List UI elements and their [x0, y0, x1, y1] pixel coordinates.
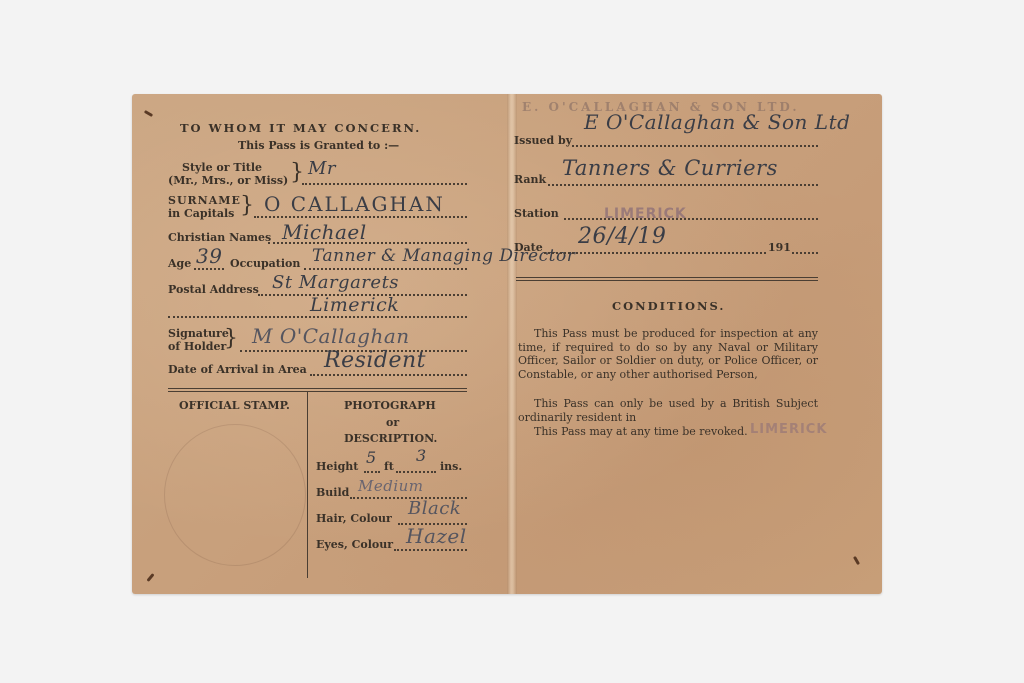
hair-value: Black [408, 498, 461, 519]
station-stamp: LIMERICK [604, 206, 687, 222]
issued-by-value: E O'Callaghan & Son Ltd [584, 110, 850, 134]
height-in-value: 3 [416, 446, 427, 465]
brace: } [290, 160, 304, 185]
christian-names-label: Christian Names [168, 231, 271, 244]
station-label: Station [514, 207, 559, 220]
separator-line [168, 391, 467, 392]
separator-line [516, 277, 818, 278]
photo-heading-or: or [386, 416, 399, 429]
date-label: Date [514, 241, 543, 254]
style-title-line [302, 183, 467, 185]
rank-line [548, 184, 818, 186]
rank-value: Tanners & Curriers [562, 156, 778, 180]
pin-mark [853, 556, 860, 565]
separator-line [168, 388, 467, 389]
rank-label: Rank [514, 173, 546, 186]
surname-label: SURNAME [168, 195, 241, 207]
station-line [564, 218, 818, 220]
pin-mark [146, 573, 154, 582]
occupation-line [304, 268, 467, 270]
occupation-label: Occupation [230, 257, 300, 270]
arrival-label: Date of Arrival in Area [168, 363, 307, 376]
hair-label: Hair, Colour [316, 512, 392, 525]
style-title-value: Mr [308, 158, 336, 179]
eyes-line [394, 549, 467, 551]
age-label: Age [168, 257, 191, 270]
postal-address-label: Postal Address [168, 283, 259, 296]
height-ft-value: 5 [366, 448, 377, 467]
year-line [792, 252, 818, 254]
surname-line [254, 216, 467, 218]
year-prefix: 191 [768, 241, 791, 254]
postal-address-line-2 [168, 316, 467, 318]
condition-2: This Pass can only be used by a British … [518, 397, 818, 424]
height-label: Height [316, 460, 358, 473]
issued-by-label: Issued by [514, 134, 572, 147]
description-heading: DESCRIPTION. [344, 432, 437, 445]
style-title-label: Style or Title [182, 162, 262, 174]
date-line [544, 252, 766, 254]
age-value: 39 [196, 244, 222, 268]
christian-names-value: Michael [282, 220, 367, 244]
official-stamp-label: OFFICIAL STAMP. [179, 399, 290, 412]
issued-by-line [572, 145, 818, 147]
separator-line [516, 280, 818, 281]
photo-heading: PHOTOGRAPH [344, 399, 436, 412]
brace: } [240, 193, 254, 218]
brace: } [224, 326, 238, 351]
surname-sublabel: in Capitals [168, 208, 234, 220]
build-value: Medium [358, 477, 424, 495]
heading: TO WHOM IT MAY CONCERN. [180, 121, 421, 135]
pass-card: TO WHOM IT MAY CONCERN. This Pass is Gra… [132, 94, 882, 594]
style-title-sublabel: (Mr., Mrs., or Miss) [168, 175, 288, 187]
subheading: This Pass is Granted to :— [238, 139, 399, 152]
eyes-label: Eyes, Colour [316, 538, 393, 551]
signature-label: Signature [168, 328, 229, 340]
date-value: 26/4/19 [578, 224, 666, 249]
condition-1: This Pass must be produced for inspectio… [518, 327, 818, 381]
conditions-stamp: LIMERICK [750, 422, 827, 437]
ft-label: ft [384, 460, 394, 473]
eyes-value: Hazel [406, 524, 467, 548]
height-ft-line [364, 471, 380, 473]
arrival-line [310, 374, 467, 376]
faded-stamp-circle [164, 424, 306, 566]
center-fold [507, 94, 517, 594]
age-line [194, 268, 224, 270]
column-divider [307, 392, 308, 578]
arrival-value: Resident [324, 348, 426, 373]
height-in-line [396, 471, 436, 473]
conditions-heading: CONDITIONS. [612, 299, 725, 313]
build-label: Build [316, 486, 349, 499]
signature-value: M O'Callaghan [252, 324, 410, 348]
postal-address-value-2: Limerick [310, 294, 399, 316]
surname-value: O CALLAGHAN [264, 192, 445, 216]
signature-sublabel: of Holder [168, 341, 226, 353]
pin-mark [144, 110, 153, 117]
postal-address-value-1: St Margarets [272, 272, 399, 293]
ins-label: ins. [440, 460, 462, 473]
